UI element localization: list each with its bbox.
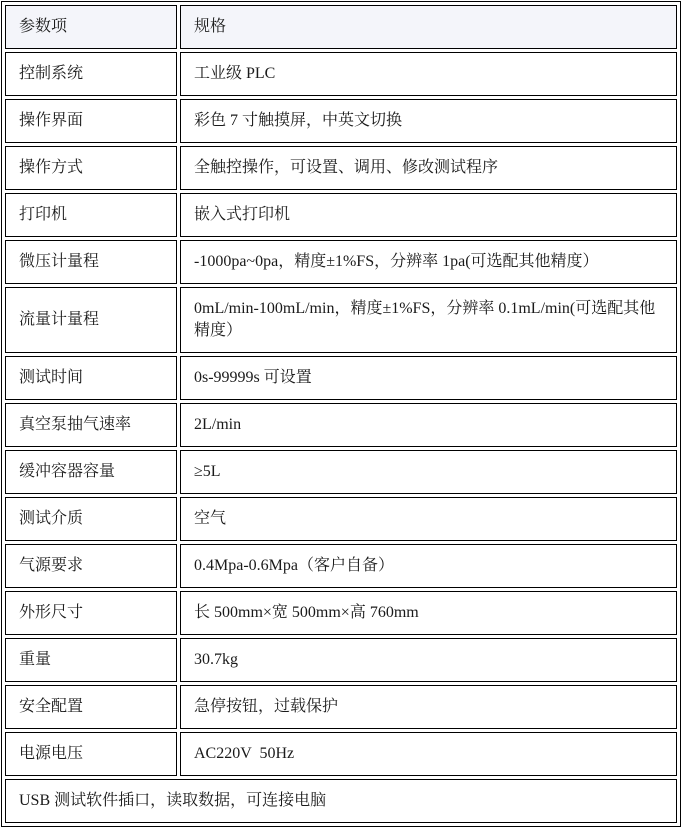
param-cell: 操作方式 xyxy=(5,146,177,190)
spec-cell: 嵌入式打印机 xyxy=(180,193,677,237)
footer-cell: USB 测试软件插口，读取数据，可连接电脑 xyxy=(5,779,677,823)
table-row: 缓冲容器容量≥5L xyxy=(5,450,677,494)
page: 参数项 规格 控制系统工业级 PLC操作界面彩色 7 寸触摸屏，中英文切换操作方… xyxy=(0,0,682,828)
table-row: 流量计量程0mL/min-100mL/min，精度±1%FS，分辨率 0.1mL… xyxy=(5,287,677,353)
table-row: 测试时间0s-99999s 可设置 xyxy=(5,356,677,400)
param-cell: 外形尺寸 xyxy=(5,591,177,635)
table-row: 操作界面彩色 7 寸触摸屏，中英文切换 xyxy=(5,99,677,143)
param-cell: 操作界面 xyxy=(5,99,177,143)
param-cell: 安全配置 xyxy=(5,685,177,729)
param-cell: 测试时间 xyxy=(5,356,177,400)
header-param-cell: 参数项 xyxy=(5,5,177,49)
spec-cell: AC220V 50Hz xyxy=(180,732,677,776)
table-row: 测试介质空气 xyxy=(5,497,677,541)
spec-cell: -1000pa~0pa，精度±1%FS，分辨率 1pa(可选配其他精度） xyxy=(180,240,677,284)
spec-cell: 急停按钮，过载保护 xyxy=(180,685,677,729)
table-row: 外形尺寸长 500mm×宽 500mm×高 760mm xyxy=(5,591,677,635)
spec-cell: 0mL/min-100mL/min，精度±1%FS，分辨率 0.1mL/min(… xyxy=(180,287,677,353)
spec-cell: 工业级 PLC xyxy=(180,52,677,96)
table-row: 真空泵抽气速率2L/min xyxy=(5,403,677,447)
table-row: 微压计量程-1000pa~0pa，精度±1%FS，分辨率 1pa(可选配其他精度… xyxy=(5,240,677,284)
param-cell: 测试介质 xyxy=(5,497,177,541)
param-cell: 控制系统 xyxy=(5,52,177,96)
param-cell: 电源电压 xyxy=(5,732,177,776)
table-row: 控制系统工业级 PLC xyxy=(5,52,677,96)
param-cell: 流量计量程 xyxy=(5,287,177,353)
table-row: 操作方式全触控操作，可设置、调用、修改测试程序 xyxy=(5,146,677,190)
spec-cell: 30.7kg xyxy=(180,638,677,682)
spec-cell: ≥5L xyxy=(180,450,677,494)
param-cell: 真空泵抽气速率 xyxy=(5,403,177,447)
table-row: 气源要求0.4Mpa-0.6Mpa（客户自备） xyxy=(5,544,677,588)
spec-cell: 空气 xyxy=(180,497,677,541)
param-cell: 缓冲容器容量 xyxy=(5,450,177,494)
table-header-row: 参数项 规格 xyxy=(5,5,677,49)
param-cell: 重量 xyxy=(5,638,177,682)
table-row: 安全配置急停按钮，过载保护 xyxy=(5,685,677,729)
spec-cell: 长 500mm×宽 500mm×高 760mm xyxy=(180,591,677,635)
spec-cell: 全触控操作，可设置、调用、修改测试程序 xyxy=(180,146,677,190)
spec-cell: 2L/min xyxy=(180,403,677,447)
spec-table: 参数项 规格 控制系统工业级 PLC操作界面彩色 7 寸触摸屏，中英文切换操作方… xyxy=(1,1,681,827)
param-cell: 气源要求 xyxy=(5,544,177,588)
spec-cell: 0.4Mpa-0.6Mpa（客户自备） xyxy=(180,544,677,588)
table-row: 电源电压AC220V 50Hz xyxy=(5,732,677,776)
table-row: 打印机嵌入式打印机 xyxy=(5,193,677,237)
table-row: 重量30.7kg xyxy=(5,638,677,682)
param-cell: 微压计量程 xyxy=(5,240,177,284)
spec-cell: 0s-99999s 可设置 xyxy=(180,356,677,400)
param-cell: 打印机 xyxy=(5,193,177,237)
table-footer-row: USB 测试软件插口，读取数据，可连接电脑 xyxy=(5,779,677,823)
header-spec-cell: 规格 xyxy=(180,5,677,49)
spec-cell: 彩色 7 寸触摸屏，中英文切换 xyxy=(180,99,677,143)
